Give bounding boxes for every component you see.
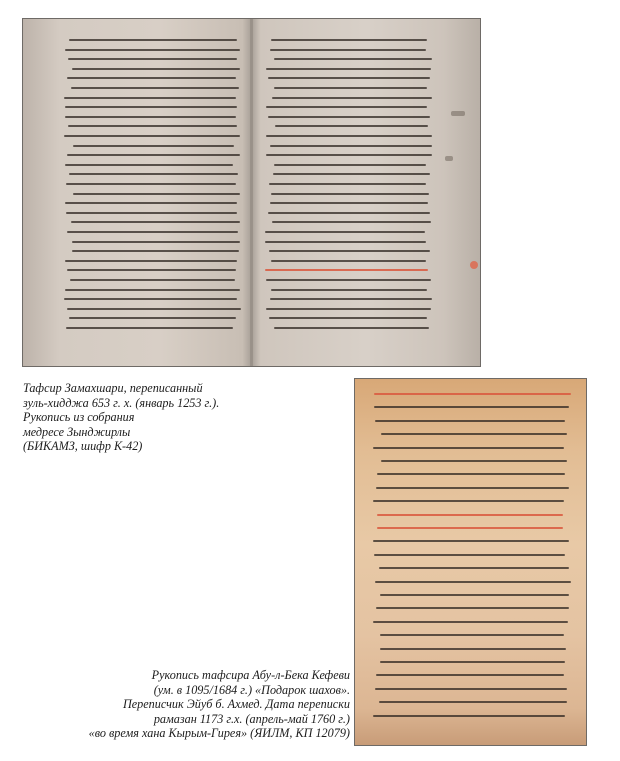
script-line bbox=[65, 260, 237, 262]
script-line bbox=[274, 87, 427, 89]
script-line bbox=[67, 308, 240, 310]
script-line bbox=[373, 540, 569, 542]
script-line bbox=[271, 39, 427, 41]
caption-line: Рукопись тафсира Абу-л-Бека Кефеви bbox=[89, 668, 350, 683]
script-line bbox=[70, 279, 235, 281]
script-line bbox=[67, 77, 236, 79]
script-line bbox=[270, 49, 426, 51]
margin-note bbox=[451, 111, 465, 116]
caption-line: рамазан 1173 г.х. (апрель-май 1760 г.) bbox=[89, 712, 350, 727]
script-line bbox=[275, 125, 428, 127]
script-line bbox=[265, 241, 426, 243]
script-line bbox=[272, 221, 432, 223]
script-line bbox=[66, 327, 233, 329]
red-mark bbox=[470, 261, 478, 269]
script-line bbox=[64, 97, 236, 99]
script-line bbox=[377, 514, 563, 516]
script-line bbox=[73, 193, 240, 195]
book-spine bbox=[250, 19, 253, 366]
caption-line: медресе Зынджирлы bbox=[23, 425, 219, 440]
script-line bbox=[266, 106, 428, 108]
script-line bbox=[376, 674, 563, 676]
caption-line: Тафсир Замахшари, переписанный bbox=[23, 381, 219, 396]
caption-line: Рукопись из собрания bbox=[23, 410, 219, 425]
script-line bbox=[65, 202, 237, 204]
script-line bbox=[381, 460, 567, 462]
script-line bbox=[272, 97, 432, 99]
manuscript-left-page bbox=[63, 39, 241, 346]
script-line bbox=[373, 715, 566, 717]
script-line bbox=[67, 154, 240, 156]
script-line bbox=[274, 164, 426, 166]
script-line bbox=[266, 68, 431, 70]
manuscript-right-page bbox=[265, 39, 433, 346]
manuscript-page bbox=[371, 393, 571, 725]
script-line bbox=[67, 269, 236, 271]
script-line bbox=[379, 701, 567, 703]
script-line bbox=[265, 231, 425, 233]
script-line bbox=[266, 135, 432, 137]
margin-note bbox=[445, 156, 453, 161]
caption-line: «во время хана Кырым-Гирея» (ЯИЛМ, КП 12… bbox=[89, 726, 350, 741]
script-line bbox=[270, 298, 432, 300]
script-line bbox=[377, 473, 565, 475]
script-line bbox=[380, 634, 564, 636]
script-line bbox=[69, 39, 237, 41]
caption-line: (БИКАМЗ, шифр К-42) bbox=[23, 439, 219, 454]
script-line bbox=[269, 250, 430, 252]
script-line bbox=[268, 116, 430, 118]
script-line bbox=[271, 289, 427, 291]
manuscript-photo-zamakhshari bbox=[22, 18, 481, 367]
script-line bbox=[373, 447, 565, 449]
script-line bbox=[71, 87, 239, 89]
script-line bbox=[269, 317, 426, 319]
script-line bbox=[65, 106, 237, 108]
script-line bbox=[268, 77, 430, 79]
script-line bbox=[65, 116, 236, 118]
script-line bbox=[269, 183, 425, 185]
script-line bbox=[376, 487, 569, 489]
script-line bbox=[69, 317, 235, 319]
script-line bbox=[270, 202, 428, 204]
script-line bbox=[274, 58, 432, 60]
script-line bbox=[380, 661, 565, 663]
script-line bbox=[381, 433, 568, 435]
script-line bbox=[270, 145, 432, 147]
script-line bbox=[374, 393, 571, 395]
script-line bbox=[377, 527, 563, 529]
script-line bbox=[268, 212, 430, 214]
script-line bbox=[68, 58, 237, 60]
script-line bbox=[65, 289, 240, 291]
script-line bbox=[72, 241, 240, 243]
script-line bbox=[69, 173, 238, 175]
script-line bbox=[265, 269, 428, 271]
script-line bbox=[64, 298, 237, 300]
script-line bbox=[68, 125, 237, 127]
script-line bbox=[266, 279, 431, 281]
script-line bbox=[271, 260, 426, 262]
script-line bbox=[373, 621, 568, 623]
script-line bbox=[379, 567, 569, 569]
figure-caption-top: Тафсир Замахшари, переписанный зуль-хидд… bbox=[23, 381, 219, 454]
caption-line: (ум. в 1095/1684 г.) «Подарок шахов». bbox=[89, 683, 350, 698]
script-line bbox=[374, 554, 565, 556]
caption-line: Переписчик Эйуб б. Ахмед. Дата переписки bbox=[89, 697, 350, 712]
script-line bbox=[66, 183, 236, 185]
script-line bbox=[65, 164, 233, 166]
script-line bbox=[65, 49, 240, 51]
script-line bbox=[72, 250, 239, 252]
script-line bbox=[266, 154, 432, 156]
script-line bbox=[375, 581, 571, 583]
script-line bbox=[72, 68, 241, 70]
script-line bbox=[373, 500, 565, 502]
script-line bbox=[73, 145, 234, 147]
script-line bbox=[67, 231, 239, 233]
script-line bbox=[375, 688, 567, 690]
script-line bbox=[380, 648, 566, 650]
script-line bbox=[374, 406, 569, 408]
manuscript-photo-kefevi bbox=[354, 378, 587, 746]
caption-line: зуль-хидджа 653 г. х. (январь 1253 г.). bbox=[23, 396, 219, 411]
script-line bbox=[274, 327, 428, 329]
script-line bbox=[266, 308, 431, 310]
script-line bbox=[375, 420, 566, 422]
script-line bbox=[376, 607, 569, 609]
script-line bbox=[380, 594, 569, 596]
script-line bbox=[71, 221, 240, 223]
script-line bbox=[271, 193, 429, 195]
figure-caption-bottom: Рукопись тафсира Абу-л-Бека Кефеви (ум. … bbox=[89, 668, 350, 741]
script-line bbox=[64, 135, 240, 137]
script-line bbox=[273, 173, 430, 175]
script-line bbox=[66, 212, 236, 214]
